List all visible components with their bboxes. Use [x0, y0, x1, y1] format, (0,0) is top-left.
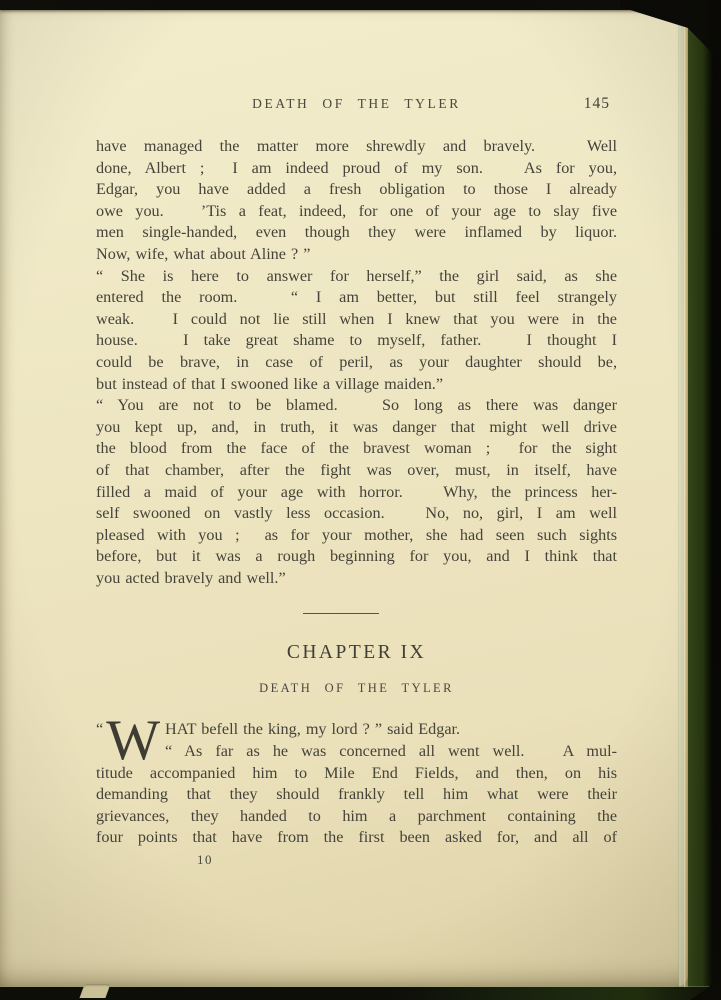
chapter-subtitle: DEATH OF THE TYLER — [96, 681, 617, 696]
paragraph: “ She is here to answer for herself,” th… — [96, 266, 617, 396]
text-line: pleased with you ; as for your mother, s… — [96, 525, 617, 547]
text-line: self swooned on vastly less occasion. No… — [96, 503, 617, 525]
scan-mat-right — [703, 0, 721, 1000]
text-line: weak. I could not lie still when I knew … — [96, 309, 617, 331]
section-divider — [303, 613, 379, 614]
text-line: you kept up, and, in truth, it was dange… — [96, 417, 617, 439]
text-line: have managed the matter more shrewdly an… — [96, 136, 617, 158]
paragraph-continuation: titude accompanied him to Mile End Field… — [96, 763, 617, 849]
paragraph: “ W HAT befell the king, my lord ? ” sai… — [96, 719, 617, 849]
text-line: HAT befell the king, my lord ? ” said Ed… — [165, 719, 617, 741]
drop-cap: “ W — [96, 719, 165, 762]
page-number: 145 — [584, 95, 610, 113]
text-line: “ As far as he was concerned all went we… — [165, 741, 617, 763]
text-line: you acted bravely and well.” — [96, 568, 617, 590]
signature-mark: 10 — [96, 852, 617, 868]
text-line: entered the room. “ I am better, but sti… — [96, 287, 617, 309]
text-line: but instead of that I swooned like a vil… — [96, 374, 617, 396]
text-line: done, Albert ; I am indeed proud of my s… — [96, 158, 617, 180]
open-quote: “ — [96, 719, 103, 739]
text-line: four points that have from the first bee… — [96, 827, 617, 849]
text-line: grievances, they handed to him a parchme… — [96, 806, 617, 828]
paragraph: “ You are not to be blamed. So long as t… — [96, 395, 617, 589]
text-line: filled a maid of your age with horror. W… — [96, 482, 617, 504]
text-line: of that chamber, after the fight was ove… — [96, 460, 617, 482]
text-line: before, but it was a rough beginning for… — [96, 546, 617, 568]
text-line: demanding that they should frankly tell … — [96, 784, 617, 806]
page-edge-lines — [675, 10, 688, 987]
text-line: house. I take great shame to myself, fat… — [96, 330, 617, 352]
running-title: DEATH OF THE TYLER — [96, 96, 617, 112]
text-line: could be brave, in case of peril, as you… — [96, 352, 617, 374]
text-line: Now, wife, what about Aline ? ” — [96, 244, 617, 266]
text-line: owe you. ’Tis a feat, indeed, for one of… — [96, 201, 617, 223]
text-column: have managed the matter more shrewdly an… — [96, 136, 617, 868]
drop-cap-letter: W — [106, 721, 157, 761]
text-line: Edgar, you have added a fresh obligation… — [96, 179, 617, 201]
text-line: men single-handed, even though they were… — [96, 222, 617, 244]
text-line: “ You are not to be blamed. So long as t… — [96, 395, 617, 417]
page-corner-tab — [79, 984, 110, 998]
text-line: the blood from the face of the bravest w… — [96, 438, 617, 460]
scan-mat-top — [0, 0, 721, 10]
text-line: titude accompanied him to Mile End Field… — [96, 763, 617, 785]
book-photo: DEATH OF THE TYLER 145 have managed the … — [0, 0, 721, 1000]
page-header: DEATH OF THE TYLER 145 — [96, 96, 617, 118]
text-line: “ She is here to answer for herself,” th… — [96, 266, 617, 288]
chapter-heading: CHAPTER IX — [96, 640, 617, 665]
book-page: DEATH OF THE TYLER 145 have managed the … — [0, 10, 688, 987]
paragraph: have managed the matter more shrewdly an… — [96, 136, 617, 266]
